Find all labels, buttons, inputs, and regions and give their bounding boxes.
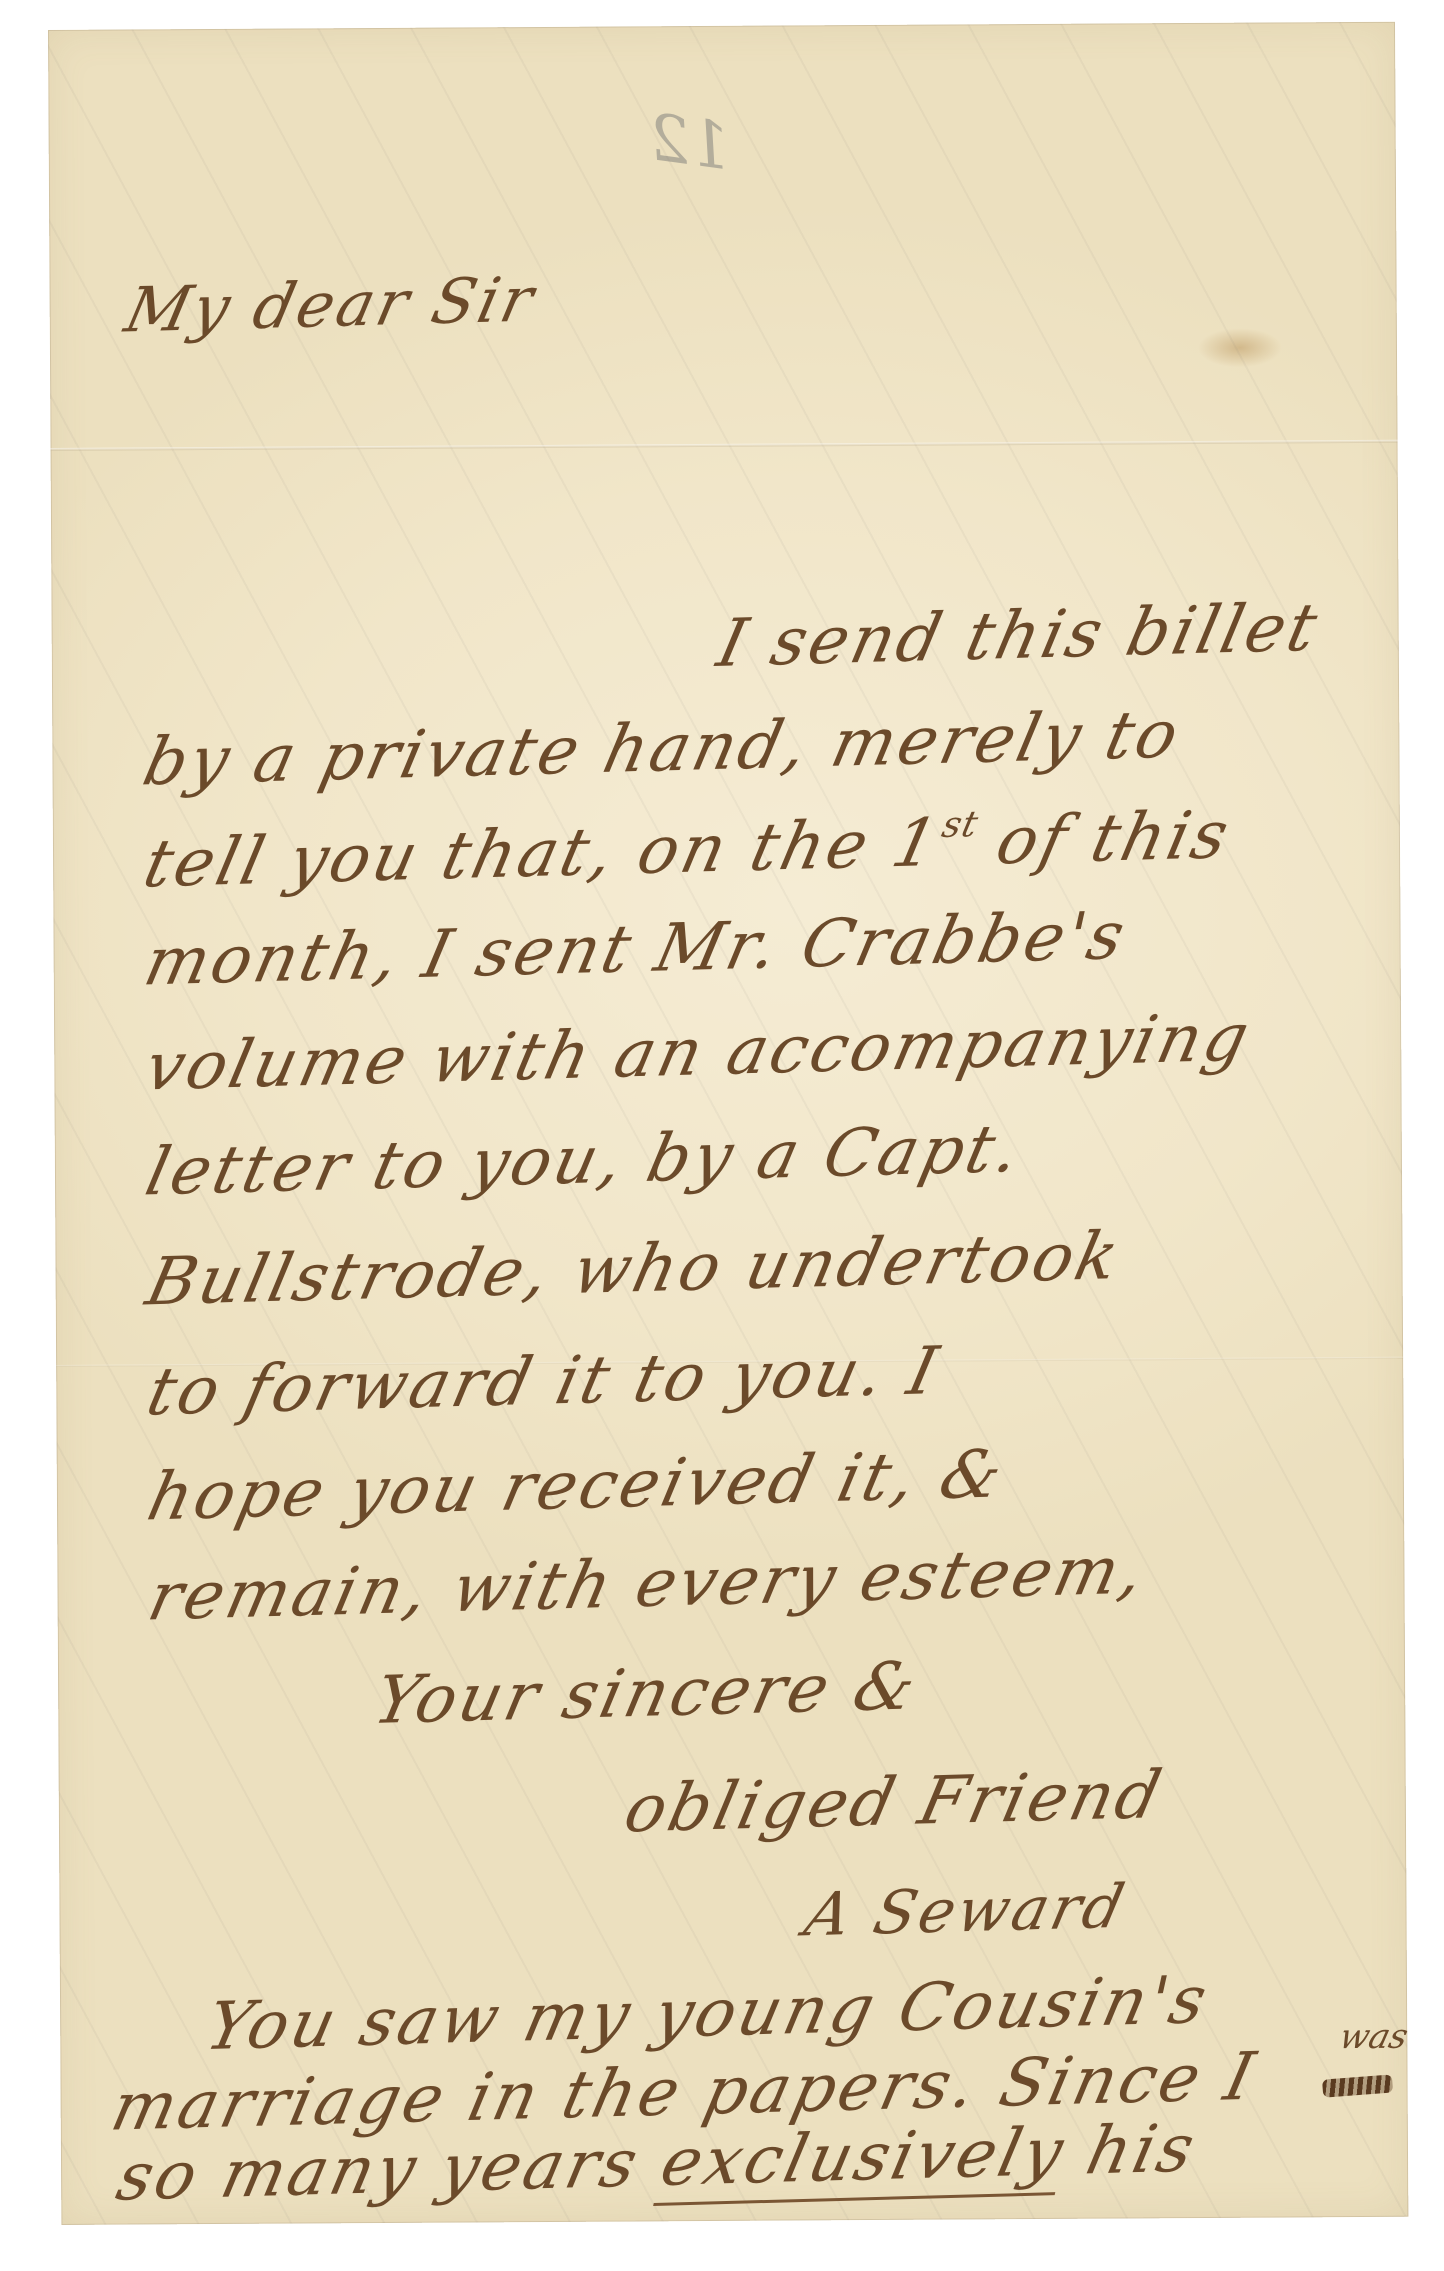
salutation: My dear Sir (120, 269, 542, 342)
underlined-word: exclusively (654, 2113, 1073, 2201)
closing-line-1: Your sincere & (368, 1653, 924, 1734)
pencil-notation: 12 (644, 101, 735, 185)
body-line-6: letter to you, by a Capt. (140, 1116, 1028, 1206)
body-line-4: month, I sent Mr. Crabbe's (139, 903, 1133, 995)
body-line-10: remain, with every esteem, (143, 1538, 1153, 1631)
closing-line-2: obliged Friend (619, 1762, 1169, 1843)
body-line-2: by a private hand, merely to (138, 702, 1187, 796)
body-line-3: tell you that, on the 1st of this (138, 800, 1237, 897)
body-line-3-suffix: of this (966, 796, 1238, 880)
body-line-7: Bullstrode, who undertook (141, 1223, 1127, 1315)
body-line-9: hope you received it, & (142, 1441, 1010, 1530)
postscript-line-3-text: so many years (110, 2125, 647, 2216)
interlinear-insertion: was (1335, 2017, 1412, 2057)
body-line-8: to forward it to you. I (142, 1338, 946, 1425)
body-line-3-prefix: tell you that, on the 1 (137, 804, 947, 902)
struck-through-word (1322, 2074, 1393, 2097)
body-line-1: I send this billet (712, 595, 1325, 677)
fold-crease-top (51, 440, 1398, 451)
body-line-5: volume with an accompanying (140, 1005, 1258, 1101)
signature: A Seward (800, 1877, 1132, 1946)
letter-page: 12 My dear Sir I send this billet by a p… (48, 22, 1408, 2225)
postscript-tail: his (1080, 2110, 1204, 2190)
